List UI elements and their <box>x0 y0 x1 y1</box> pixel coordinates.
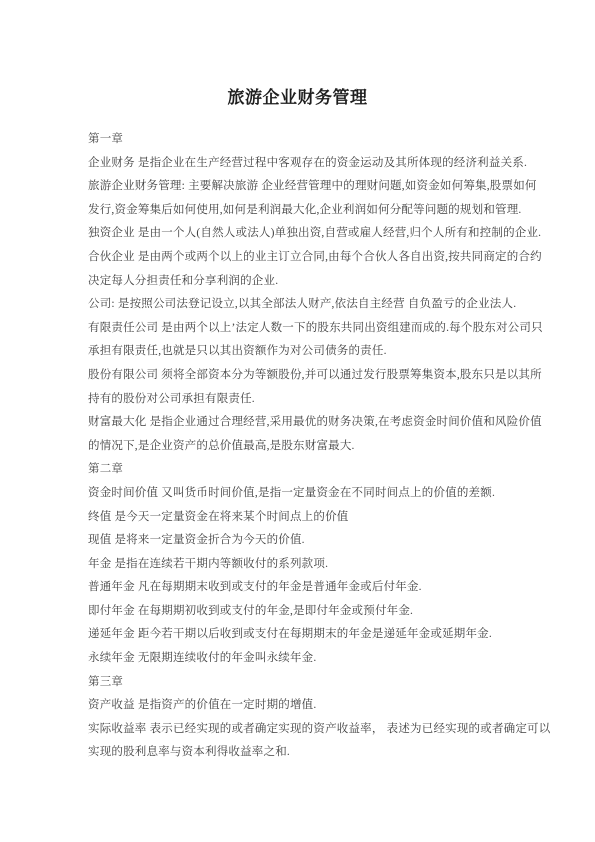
paragraph: 旅游企业财务管理: 主要解决旅游 企业经营管理中的理财问题,如资金如何筹集,股票… <box>88 175 518 222</box>
text-line: 有限责任公司 是由两个以上’法定人数一下的股东共同出资组建而成的.每个股东对公司… <box>88 317 518 341</box>
paragraph: 公司: 是按照公司法登记设立,以其全部法人财产,依法自主经营 自负盈亏的企业法人… <box>88 293 518 317</box>
text-line: 实际收益率 表示已经实现的或者确定实现的资产收益率， 表述为已经实现的或者确定可… <box>88 718 518 742</box>
text-line: 财富最大化 是指企业通过合理经营,采用最优的财务决策,在考虑资金时间价值和风险价… <box>88 411 518 435</box>
text-line: 股份有限公司 须将全部资本分为等额股份,并可以通过发行股票筹集资本,股东只是以其… <box>88 364 518 388</box>
text-line: 实现的股利息率与资本利得收益率之和. <box>88 741 518 765</box>
paragraph: 企业财务 是指企业在生产经营过程中客观存在的资金运动及其所体现的经济利益关系. <box>88 152 518 176</box>
document-body: 第一章企业财务 是指企业在生产经营过程中客观存在的资金运动及其所体现的经济利益关… <box>88 128 518 765</box>
text-line: 公司: 是按照公司法登记设立,以其全部法人财产,依法自主经营 自负盈亏的企业法人… <box>88 293 518 317</box>
text-line: 合伙企业 是由两个或两个以上的业主订立合同,由每个合伙人各自出资,按共同商定的合… <box>88 246 518 270</box>
text-line: 现值 是将来一定量资金折合为今天的价值. <box>88 529 518 553</box>
document-title: 旅游企业财务管理 <box>0 88 595 108</box>
paragraph: 实际收益率 表示已经实现的或者确定实现的资产收益率， 表述为已经实现的或者确定可… <box>88 718 518 765</box>
paragraph: 股份有限公司 须将全部资本分为等额股份,并可以通过发行股票筹集资本,股东只是以其… <box>88 364 518 411</box>
text-line: 的情况下,是企业资产的总价值最高,是股东财富最大. <box>88 435 518 459</box>
paragraph: 资金时间价值 又叫货币时间价值,是指一定量资金在不同时间点上的价值的差额. <box>88 482 518 506</box>
paragraph: 合伙企业 是由两个或两个以上的业主订立合同,由每个合伙人各自出资,按共同商定的合… <box>88 246 518 293</box>
text-line: 承担有限责任,也就是只以其出资额作为对公司债务的责任. <box>88 340 518 364</box>
text-line: 决定每人分担责任和分享利润的企业. <box>88 270 518 294</box>
text-line: 资产收益 是指资产的价值在一定时期的增值. <box>88 694 518 718</box>
paragraph: 有限责任公司 是由两个以上’法定人数一下的股东共同出资组建而成的.每个股东对公司… <box>88 317 518 364</box>
paragraph: 独资企业 是由一个人(自然人或法人)单独出资,自营或雇人经营,归个人所有和控制的… <box>88 222 518 246</box>
text-line: 持有的股份对公司承担有限责任. <box>88 388 518 412</box>
paragraph: 即付年金 在每期期初收到或支付的年金,是即付年金或预付年金. <box>88 600 518 624</box>
text-line: 递延年金 距今若干期以后收到或支付在每期期末的年金是递延年金或延期年金. <box>88 623 518 647</box>
chapter-heading: 第三章 <box>88 671 518 695</box>
paragraph: 终值 是今天一定量资金在将来某个时间点上的价值 <box>88 506 518 530</box>
paragraph: 财富最大化 是指企业通过合理经营,采用最优的财务决策,在考虑资金时间价值和风险价… <box>88 411 518 458</box>
text-line: 旅游企业财务管理: 主要解决旅游 企业经营管理中的理财问题,如资金如何筹集,股票… <box>88 175 518 199</box>
paragraph: 现值 是将来一定量资金折合为今天的价值. <box>88 529 518 553</box>
paragraph: 递延年金 距今若干期以后收到或支付在每期期末的年金是递延年金或延期年金. <box>88 623 518 647</box>
text-line: 资金时间价值 又叫货币时间价值,是指一定量资金在不同时间点上的价值的差额. <box>88 482 518 506</box>
text-line: 发行,资金筹集后如何使用,如何是利润最大化,企业利润如何分配等问题的规划和管理. <box>88 199 518 223</box>
paragraph: 永续年金 无限期连续收付的年金叫永续年金. <box>88 647 518 671</box>
paragraph: 年金 是指在连续若干期内等额收付的系列款项. <box>88 553 518 577</box>
text-line: 即付年金 在每期期初收到或支付的年金,是即付年金或预付年金. <box>88 600 518 624</box>
text-line: 终值 是今天一定量资金在将来某个时间点上的价值 <box>88 506 518 530</box>
text-line: 企业财务 是指企业在生产经营过程中客观存在的资金运动及其所体现的经济利益关系. <box>88 152 518 176</box>
chapter-heading: 第一章 <box>88 128 518 152</box>
chapter-heading: 第二章 <box>88 458 518 482</box>
text-line: 独资企业 是由一个人(自然人或法人)单独出资,自营或雇人经营,归个人所有和控制的… <box>88 222 518 246</box>
text-line: 普通年金 凡在每期期末收到或支付的年金是普通年金或后付年金. <box>88 576 518 600</box>
paragraph: 普通年金 凡在每期期末收到或支付的年金是普通年金或后付年金. <box>88 576 518 600</box>
text-line: 年金 是指在连续若干期内等额收付的系列款项. <box>88 553 518 577</box>
document-page: 旅游企业财务管理 第一章企业财务 是指企业在生产经营过程中客观存在的资金运动及其… <box>0 0 595 842</box>
text-line: 永续年金 无限期连续收付的年金叫永续年金. <box>88 647 518 671</box>
paragraph: 资产收益 是指资产的价值在一定时期的增值. <box>88 694 518 718</box>
